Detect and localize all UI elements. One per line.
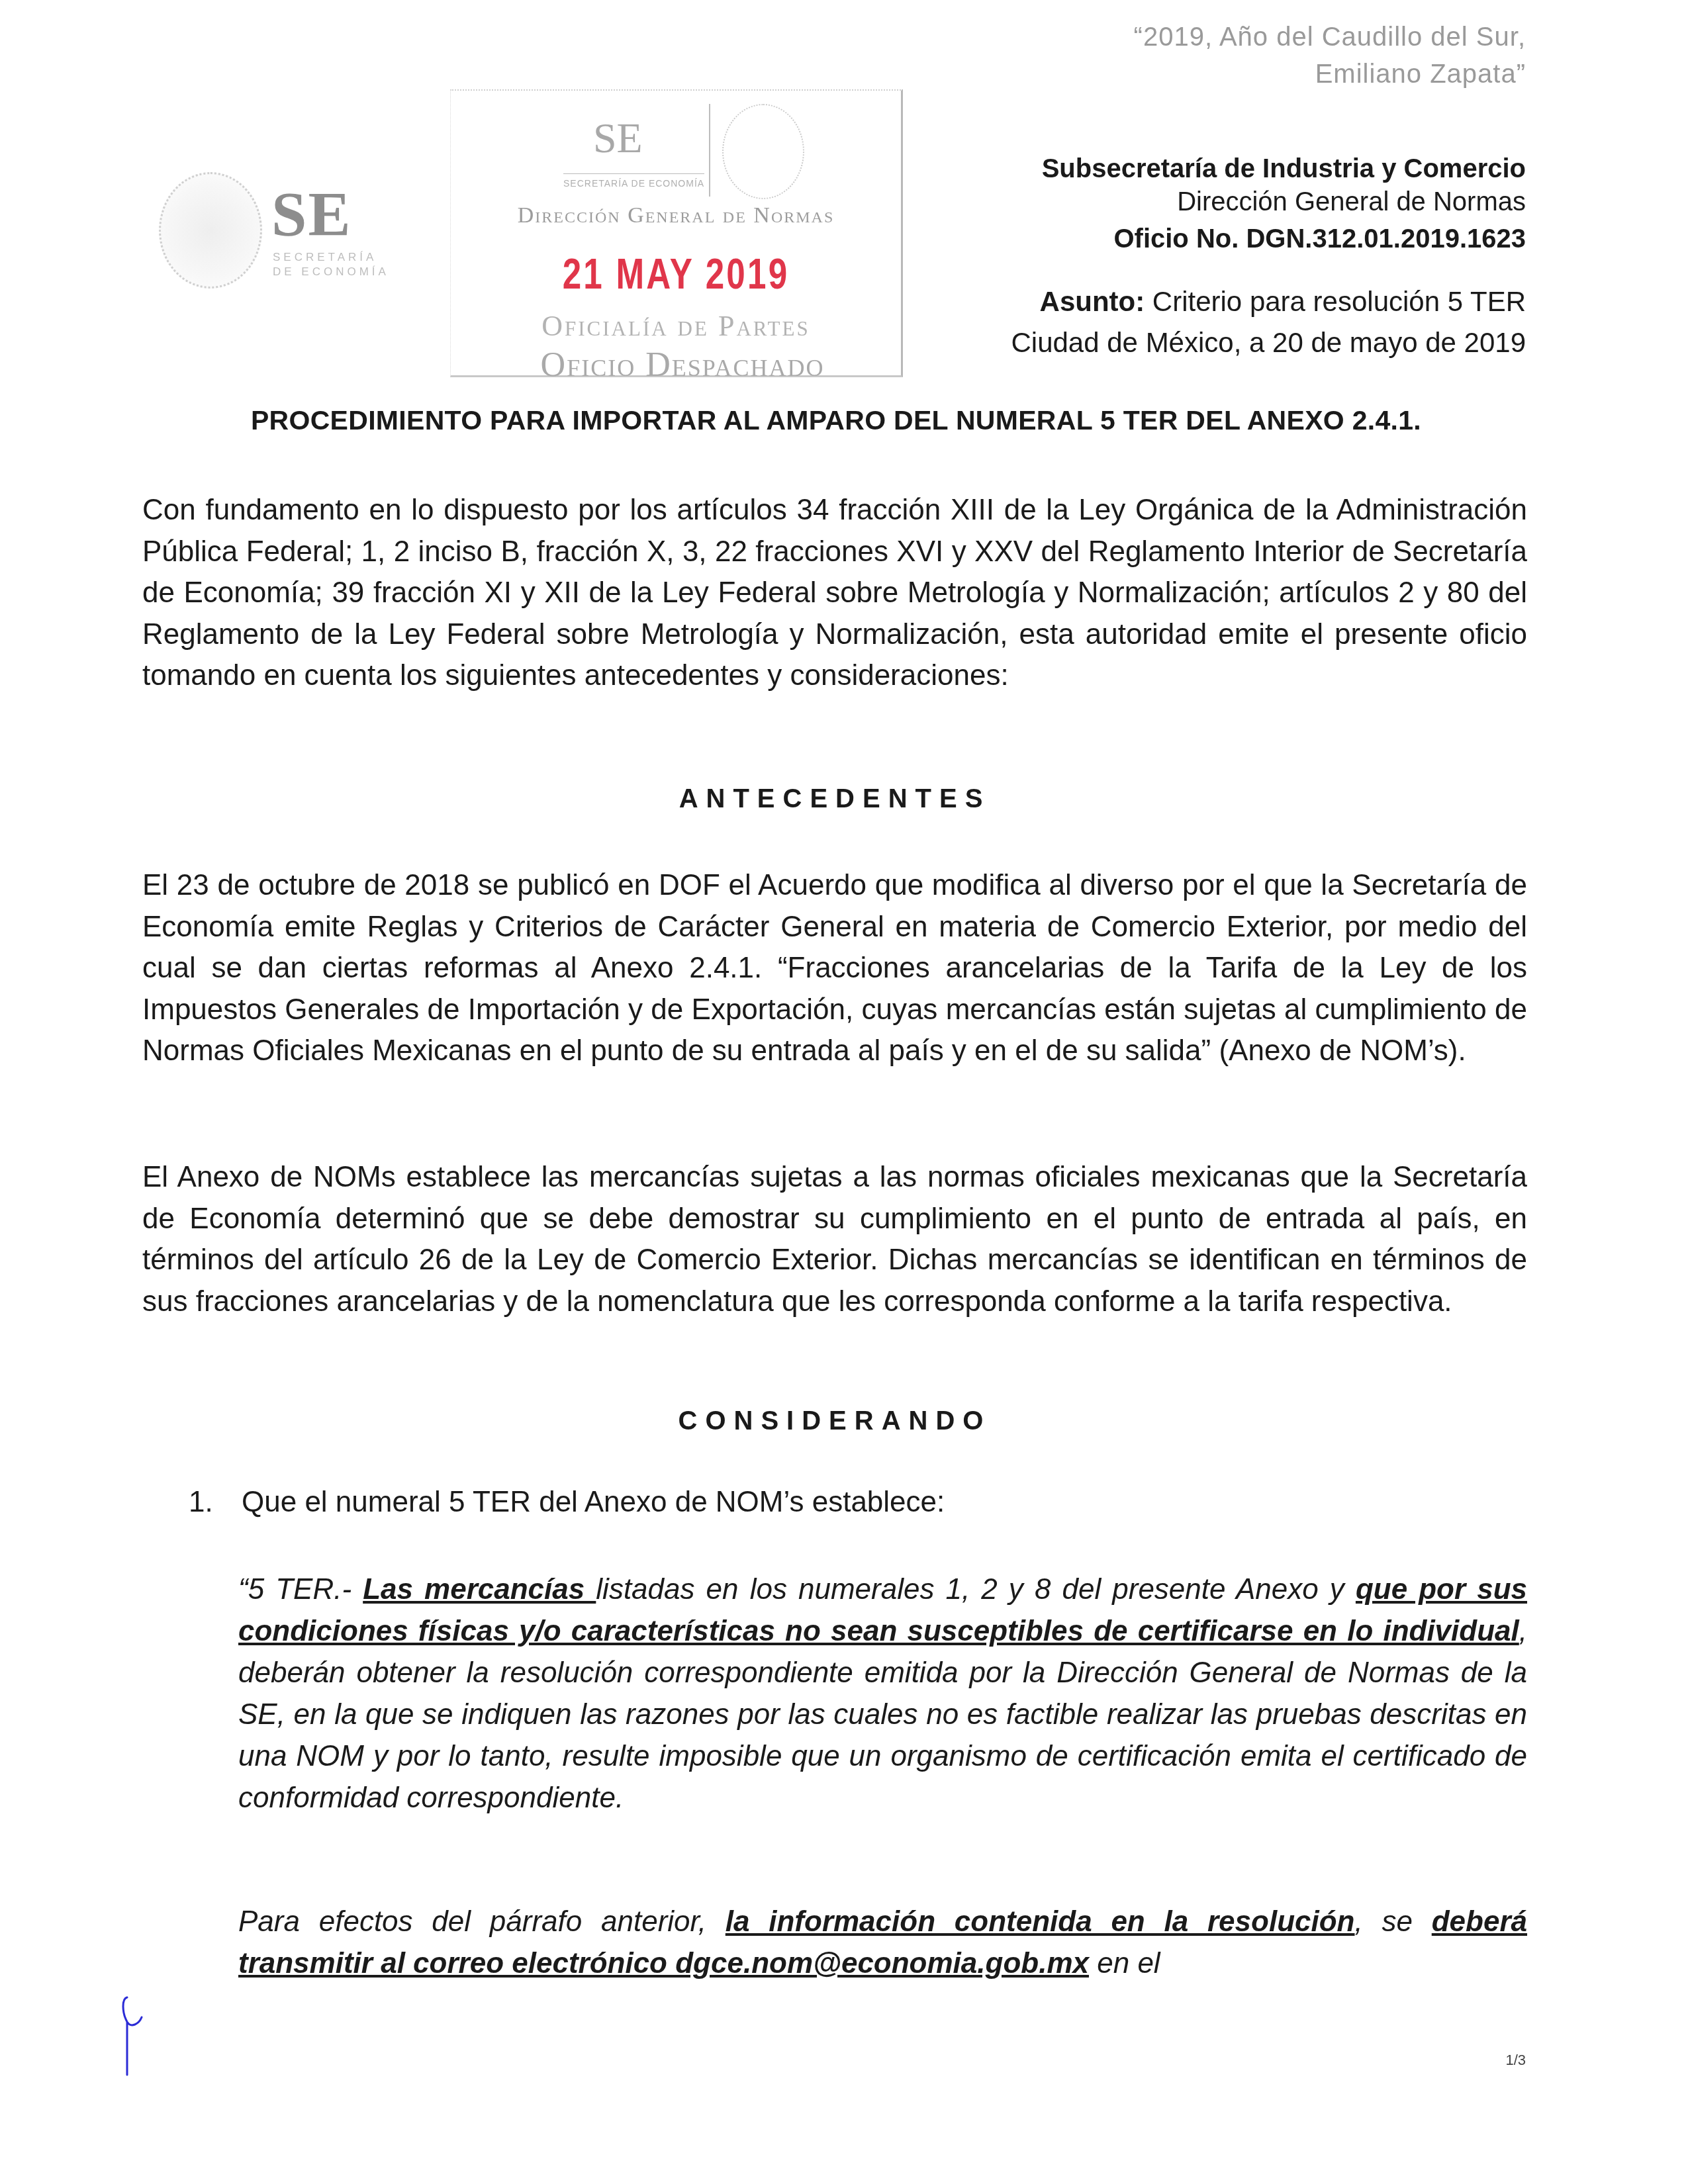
document-title: PROCEDIMIENTO PARA IMPORTAR AL AMPARO DE… [144, 405, 1528, 436]
subsecretaria: Subsecretaría de Industria y Comercio [1042, 152, 1526, 185]
letterhead: Subsecretaría de Industria y Comercio Di… [1042, 152, 1526, 255]
heading-antecedentes: ANTECEDENTES [142, 784, 1527, 814]
national-emblem-icon [159, 172, 262, 289]
logo-abbr: SE [271, 177, 352, 251]
stamp-line-1: Oficialía de Partes [477, 309, 874, 343]
motto-line-2: Emiliano Zapata” [1134, 56, 1526, 93]
quote-email-requirement: Para efectos del párrafo anterior, la in… [238, 1901, 1527, 1984]
considerando-item-1: 1.Que el numeral 5 TER del Anexo de NOM’… [189, 1486, 945, 1519]
intro-paragraph: Con fundamento en lo dispuesto por los a… [142, 490, 1527, 697]
subject-text: Criterio para resolución 5 TER [1145, 286, 1526, 317]
stamp-date: 21 MAY 2019 [496, 250, 856, 298]
oficio-number: Oficio No. DGN.312.01.2019.1623 [1042, 222, 1526, 255]
antecedentes-paragraph-1: El 23 de octubre de 2018 se publicó en D… [142, 865, 1527, 1072]
subject-label: Asunto: [1040, 286, 1145, 317]
stamp-line-2: Oficio Despachado [464, 345, 901, 385]
emphasis-text: Las mercancías [363, 1573, 596, 1606]
stamp-office: Dirección General de Normas [484, 203, 868, 228]
place-date: Ciudad de México, a 20 de mayo de 2019 [1011, 322, 1526, 363]
subject-line: Asunto: Criterio para resolución 5 TER [1011, 281, 1526, 322]
item-number: 1. [189, 1486, 242, 1519]
year-motto: “2019, Año del Caudillo del Sur, Emilian… [1134, 19, 1526, 93]
stamp-divider [709, 104, 710, 197]
page-number: 1/3 [1505, 2052, 1526, 2069]
se-logo: SE SECRETARÍA DE ECONOMÍA [159, 172, 410, 291]
stamp-logo-subtitle: SECRETARÍA DE ECONOMÍA [563, 173, 704, 189]
subject-block: Asunto: Criterio para resolución 5 TER C… [1011, 281, 1526, 363]
handwritten-initial-icon [113, 1992, 152, 2078]
motto-line-1: “2019, Año del Caudillo del Sur, [1134, 19, 1526, 56]
stamp-logo-abbr: SE [593, 114, 643, 163]
reception-stamp: SE SECRETARÍA DE ECONOMÍA Dirección Gene… [450, 89, 903, 377]
stamp-seal-icon [722, 104, 804, 199]
emphasis-text: la información contenida en la resolució… [726, 1905, 1355, 1938]
heading-considerando: CONSIDERANDO [142, 1406, 1527, 1436]
direccion: Dirección General de Normas [1042, 185, 1526, 218]
item-text: Que el numeral 5 TER del Anexo de NOM’s … [242, 1486, 945, 1518]
quote-5ter: “5 TER.- Las mercancías listadas en los … [238, 1569, 1527, 1819]
logo-subtitle: SECRETARÍA DE ECONOMÍA [273, 250, 389, 279]
antecedentes-paragraph-2: El Anexo de NOMs establece las mercancía… [142, 1157, 1527, 1322]
